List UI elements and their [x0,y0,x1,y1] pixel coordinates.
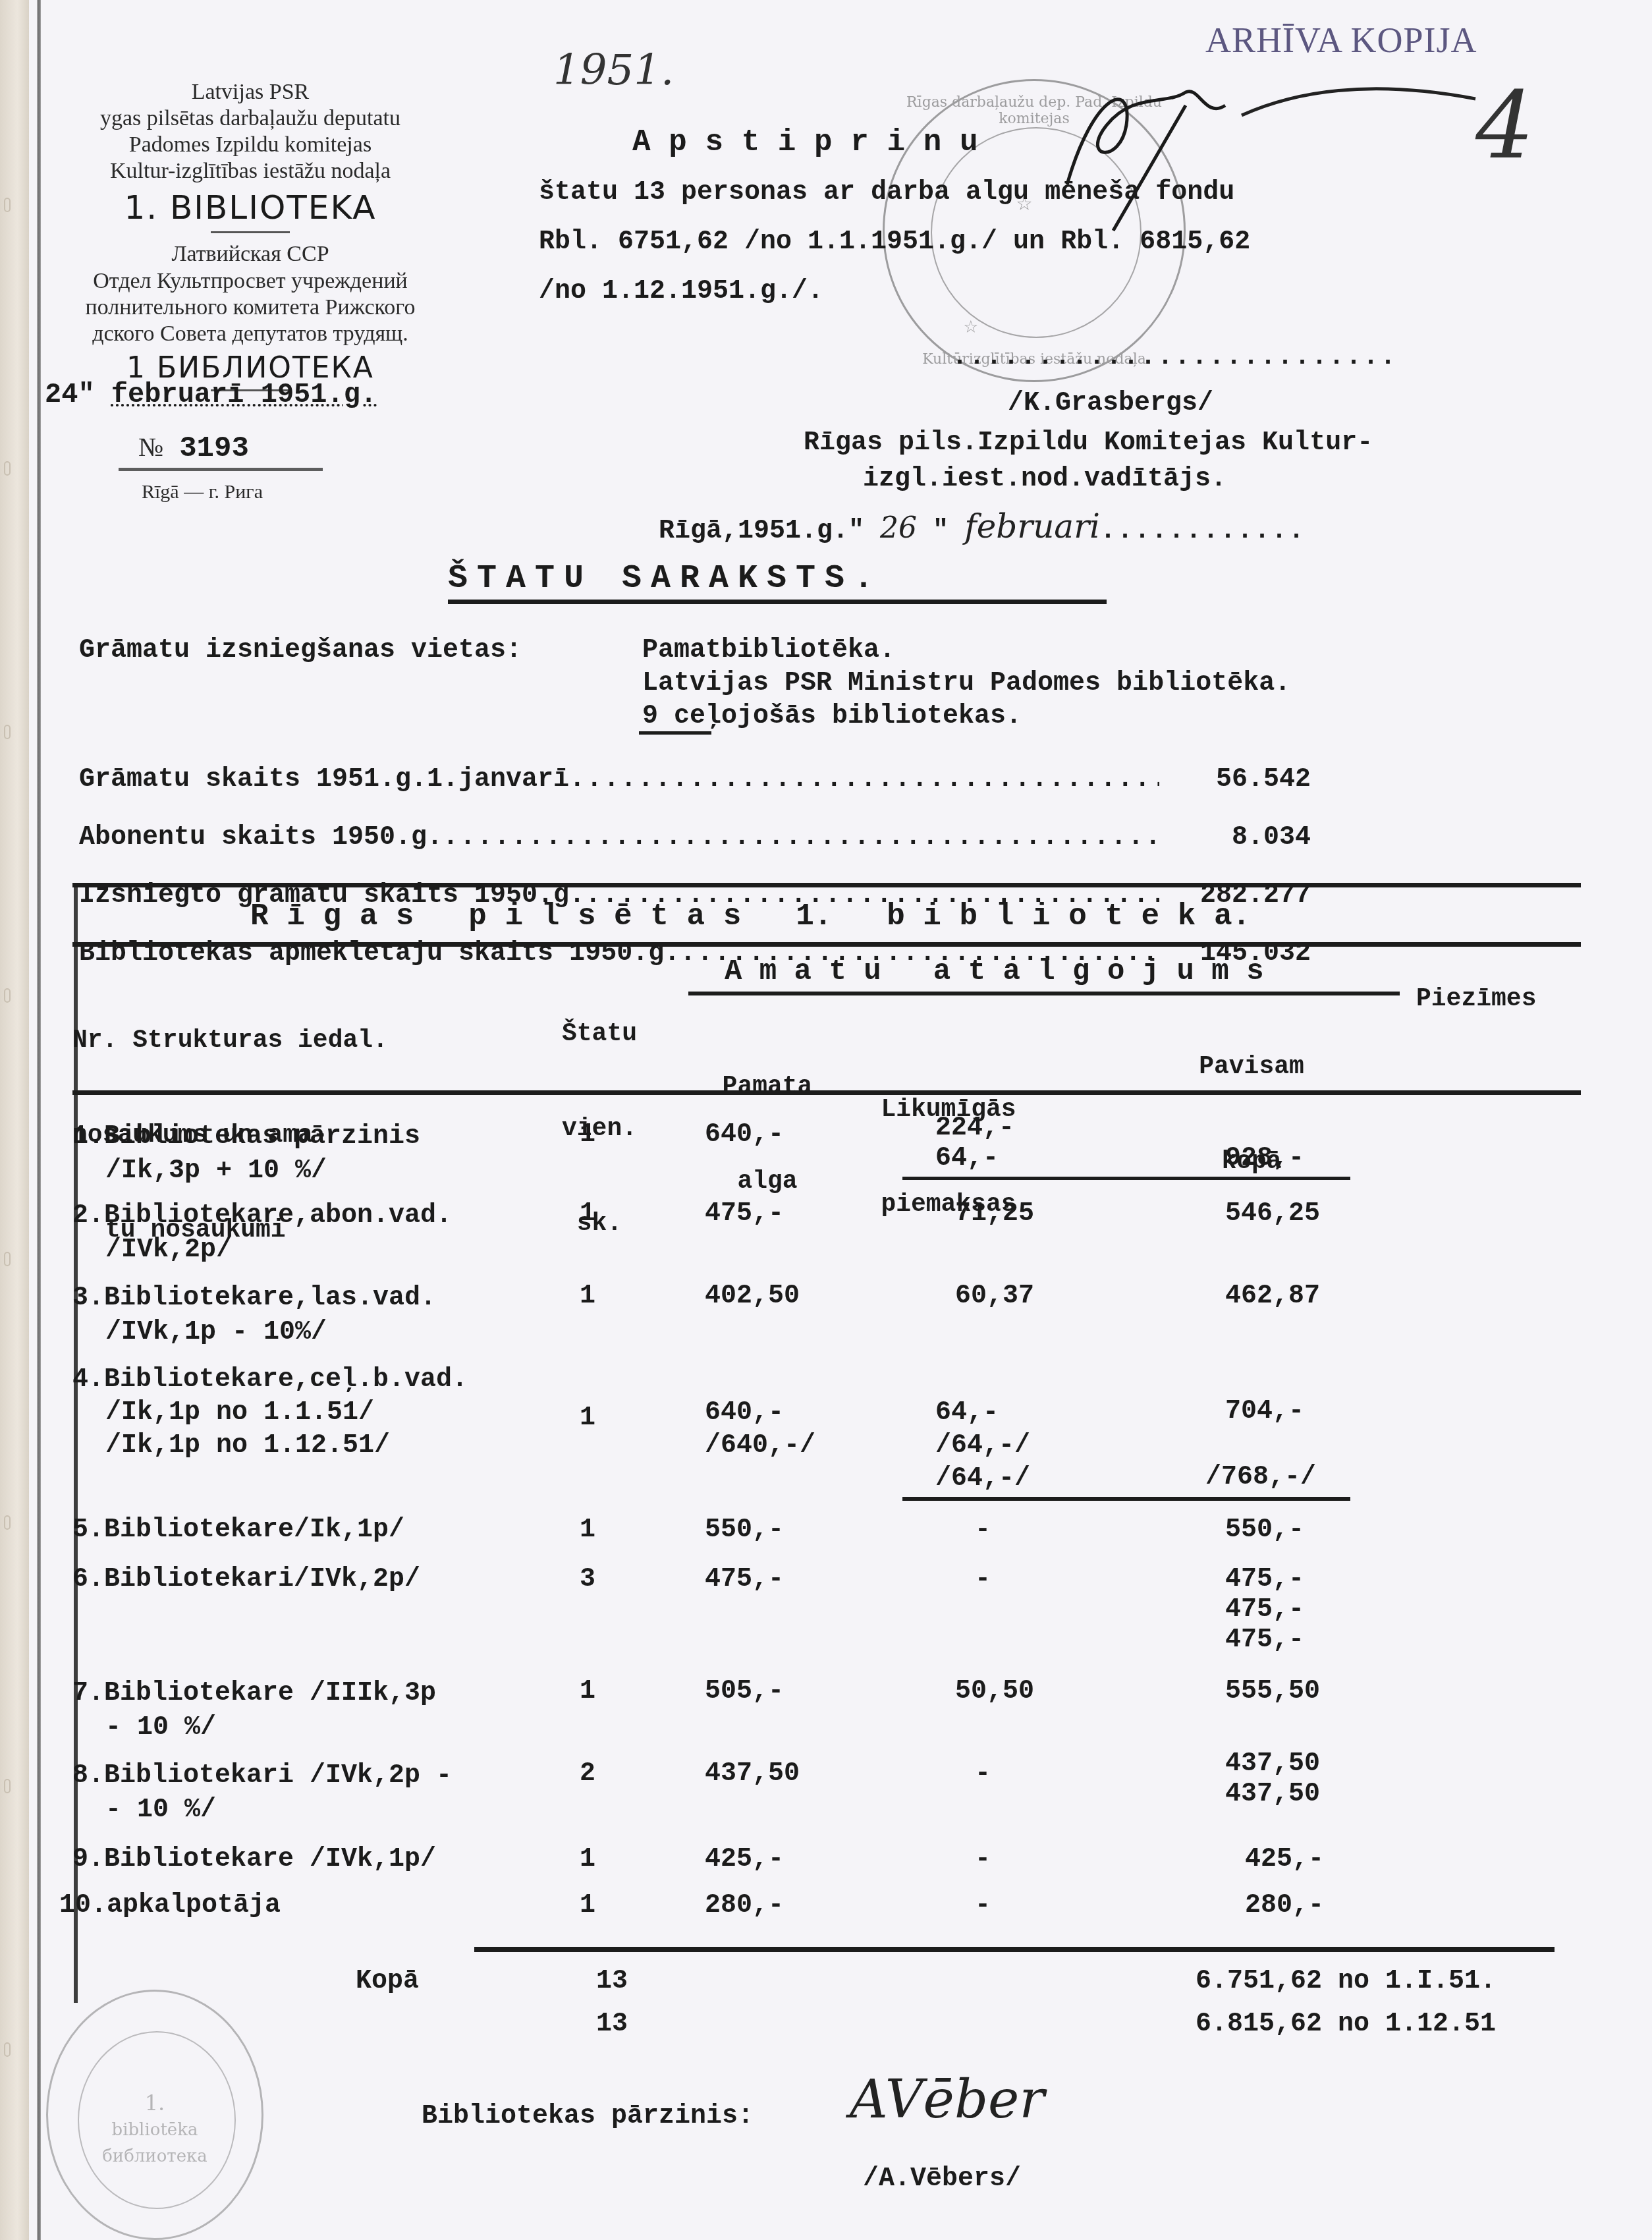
cell: /IVk,1p - 10%/ [72,1316,436,1350]
table-row-name: 5.Bibliotekare/Ik,1p/ [72,1515,404,1545]
cell-base: 402,50 [705,1281,800,1311]
cell-extra: 64,-/64,-//64,-/ [935,1397,1030,1496]
signature-dotted-line: .......................... [952,343,1397,372]
cell-total: 280,- [1245,1891,1324,1920]
statistic-row: Abonentu skaits 1950.g..................… [79,823,1311,857]
totals-units: 13 [596,2009,628,2039]
totals-value: 6.751,62 no 1.I.51. [1196,1967,1496,1996]
statistic-value: 8.034 [1159,823,1311,857]
table-row-name: 8.Bibliotekari /IVk,2p -- 10 %/ [72,1759,452,1828]
statistics-list: Grāmatu skaits 1951.g.1.janvarī.........… [79,741,1311,985]
cell: /Ik,1p no 1.12.51/ [72,1430,468,1463]
header-line: Štatu [560,1019,639,1050]
cell: - 10 %/ [72,1711,436,1745]
cell: 3.Bibliotekare,las.vad. [72,1281,436,1316]
table-caption: R ī g a s p i l s ē t a s 1. b i b l i o… [250,899,1250,934]
cell-extra: - [975,1515,991,1545]
cell: 1.Bibliotekas pārzinis [72,1120,420,1154]
statistic-label: Abonentu skaits 1950.g. [79,823,443,857]
cell: 4.Bibliotekare,ceļ.b.vad. [72,1364,468,1397]
binding-hole [4,1779,11,1793]
letterhead-line: Латвийская ССР [46,241,454,267]
cell: - 10 %/ [72,1793,452,1828]
cell-total: 475,-475,-475,- [1225,1565,1304,1656]
binding-hole [4,1252,11,1266]
cell-total: 462,87 [1225,1281,1320,1311]
cell-base: 280,- [705,1891,784,1920]
cell: 437,50 [1225,1779,1320,1810]
cell-base: 475,- [705,1199,784,1229]
handwritten-year: 1951. [553,46,674,95]
cell-extra: 50,50 [955,1677,1034,1706]
stamp-text: библиотека [48,2146,262,2166]
letterhead-line: Отдел Культпросвет учреждений [46,268,454,294]
scan-edge-shadow [37,0,41,2240]
cell-units: 1 [580,1403,595,1433]
cell-extra: 71,25 [955,1199,1034,1229]
signer-name: /A.Vēbers/ [863,2164,1021,2194]
cell-total: /768,-/ [1205,1463,1316,1492]
binding-hole [4,725,11,739]
letterhead-line: дского Совета депутатов трудящ. [46,321,454,347]
cell: /640,-/ [705,1430,815,1463]
cell: /64,-/ [935,1463,1030,1496]
cell-units: 1 [580,1891,595,1920]
cell-base: 475,- [705,1565,784,1594]
cell: 437,50 [1225,1749,1320,1779]
cell-units: 1 [580,1281,595,1311]
date-text: februarī 1951.g. [111,379,377,410]
cell-units: 3 [580,1565,595,1594]
locations-label: Grāmatu izsniegšanas vietas: [79,636,522,665]
date-dots: ............ [1100,517,1306,546]
handwritten-flourish-icon [1238,79,1489,119]
header-line: Pamata [711,1071,823,1103]
signer-label: Bibliotekas pārzinis: [422,2102,754,2131]
approver-name: /K.Grasbergs/ [1008,389,1213,418]
number-underline [119,468,323,471]
cell-base: 505,- [705,1677,784,1706]
stamp-text: 1. [48,2090,262,2115]
location-item: Latvijas PSR Ministru Padomes bibliotēka… [642,669,1290,698]
binding-hole [4,2042,11,2057]
header-group: A m a t u a t a l g o j u m s [725,955,1264,988]
cell: 7.Bibliotekare /IIIk,3p [72,1677,436,1711]
table-row-name: 4.Bibliotekare,ceļ.b.vad./Ik,1p no 1.1.5… [72,1364,468,1463]
totals-units: 13 [596,1967,628,1996]
letterhead-line: Kultur-izglītības iestāžu nodaļa [46,158,454,184]
table-row-name: 9.Bibliotekare /IVk,1p/ [72,1845,436,1874]
letterhead-title-lv: 1. BIBLIOTEKA [46,188,454,227]
letterhead-line: Padomes Izpildu komitejas [46,132,454,158]
approval-line-2: Rbl. 6751,62 /no 1.1.1951.g./ un Rbl. 68… [539,227,1250,257]
approver-title-line-2: izgl.iest.nod.vadītājs. [863,464,1226,494]
letterhead-line: ygas pilsētas darbaļaužu deputatu [46,105,454,132]
cell-base: 425,- [705,1845,784,1874]
letterhead-date: 24" februarī 1951.g. [45,379,377,410]
cell-extra: - [975,1845,991,1874]
cell: /IVk,2p/ [72,1233,452,1268]
binding-hole [4,198,11,212]
table-row-name: 1.Bibliotekas pārzinis/Ik,3p + 10 %/ [72,1120,420,1189]
header-line: Pavisam [1186,1051,1317,1083]
number-value: 3193 [179,432,249,465]
binding-hole [4,1515,11,1530]
cell-base: 550,- [705,1515,784,1545]
handwritten-day: 26 [880,511,917,545]
cell-units: 1 [580,1677,595,1706]
archive-copy-stamp: ARHĪVA KOPIJA [1205,20,1477,61]
cell: 475,- [1225,1595,1304,1625]
header-line: vien. [560,1113,639,1145]
header-units: Štatu vien. sk. [560,955,639,1272]
header-line: alga [711,1166,823,1198]
cell: 640,- [705,1397,815,1430]
title-underline [448,600,1107,604]
binding-hole [4,461,11,476]
sum-rule [902,1497,1350,1501]
cell-extra: - [975,1891,991,1920]
table-row-name: 3.Bibliotekare,las.vad./IVk,1p - 10%/ [72,1281,436,1350]
date-day: 24 [45,379,78,410]
location-item: Pamatbibliotēka. [642,636,895,665]
cell-total: 550,- [1225,1515,1304,1545]
stamp-text: bibliotēka [48,2120,262,2140]
table-top-rule [72,883,1581,887]
header-bottom-rule [72,1090,1581,1095]
cell-total: 928,- [1225,1144,1304,1173]
table-row-name: 6.Bibliotekari/IVk,2p/ [72,1565,420,1594]
location-underline [639,731,711,735]
letterhead-place: Rīgā — г. Рига [142,481,263,503]
letterhead-line: Latvijas PSR [46,79,454,105]
binding-strip [0,0,29,2240]
letterhead-line: полнительного комитета Рижского [46,294,454,321]
approval-line-3: /no 1.12.1951.g./. [539,277,823,306]
handwritten-month: februari [964,507,1100,546]
cell: 8.Bibliotekari /IVk,2p - [72,1759,452,1793]
cell-total: 437,50437,50 [1225,1749,1320,1810]
approval-heading: A p s t i p r i n u [632,125,978,159]
caption-rule [72,942,1581,947]
table-row-name: 7.Bibliotekare /IIIk,3p- 10 %/ [72,1677,436,1745]
statistic-label: Grāmatu skaits 1951.g.1.janvarī [79,765,569,799]
cell: 475,- [1225,1625,1304,1656]
number-label: № [138,432,163,462]
approver-title-line-1: Rīgas pils.Izpildu Komitejas Kultur- [804,428,1373,458]
star-icon: ☆ [964,312,978,340]
location-item: 9 ceļojošās bibliotekas. [642,702,1022,731]
binding-hole [4,988,11,1003]
cell-base: 640,-/640,-/ [705,1397,815,1463]
cell: 64,- [935,1397,1030,1430]
header-notes: Piezīmes [1416,985,1536,1013]
cell-units: 1 [580,1199,595,1229]
cell: /Ik,1p no 1.1.51/ [72,1397,468,1430]
cell: 224,- [935,1113,1014,1144]
cell: 64,- [935,1144,1014,1174]
cell: 2.Bibliotekare,abon.vad. [72,1199,452,1233]
cell-total: 704,- [1225,1397,1304,1426]
approval-date: Rīgā,1951.g." 26 " februari............ [659,507,1306,546]
statistic-row: Grāmatu skaits 1951.g.1.janvarī.........… [79,765,1311,799]
cell-total: 555,50 [1225,1677,1320,1706]
cell-base: 437,50 [705,1759,800,1789]
cell-extra: - [975,1565,991,1594]
letterhead-number: № 3193 [138,432,249,465]
sum-rule [902,1177,1350,1180]
author-signature: AVēber [850,2069,1045,2130]
cell-units: 1 [580,1845,595,1874]
table-row-name: 2.Bibliotekare,abon.vad./IVk,2p/ [72,1199,452,1268]
document-title: ŠTATU SARAKSTS. [448,560,883,598]
statistic-value: 56.542 [1159,765,1311,799]
official-stamp-bottom: 1. bibliotēka библиотека [46,1990,263,2240]
date-quote: " [933,517,949,546]
cell-total: 425,- [1245,1845,1324,1874]
date-prefix: Rīgā,1951.g." [659,517,864,546]
cell-units: 1 [580,1515,595,1545]
totals-label: Kopā [356,1967,419,1996]
header-base: Pamata alga [711,1008,823,1229]
totals-rule [474,1947,1555,1952]
cell-total: 546,25 [1225,1199,1320,1229]
header-line: Nr. Strukturas iedal. [72,1025,388,1057]
cell-extra: - [975,1759,991,1789]
cell-units: 1 [580,1120,595,1150]
table-row-name: 10.apkalpotāja [59,1891,281,1920]
cell: /Ik,3p + 10 %/ [72,1154,420,1189]
cell-extra: 60,37 [955,1281,1034,1311]
cell-extra: 224,-64,- [935,1113,1014,1174]
cell-units: 2 [580,1759,595,1789]
cell: 475,- [1225,1565,1304,1595]
header-line: sk. [560,1208,639,1240]
cell: /64,-/ [935,1430,1030,1463]
totals-value: 6.815,62 no 1.12.51 [1196,2009,1496,2039]
approval-line-1: štatu 13 personas ar darba algu mēneša f… [539,178,1234,208]
ornament-divider [211,231,290,233]
letterhead-stamp: Latvijas PSR ygas pilsētas darbaļaužu de… [46,79,454,399]
cell-base: 640,- [705,1120,784,1150]
